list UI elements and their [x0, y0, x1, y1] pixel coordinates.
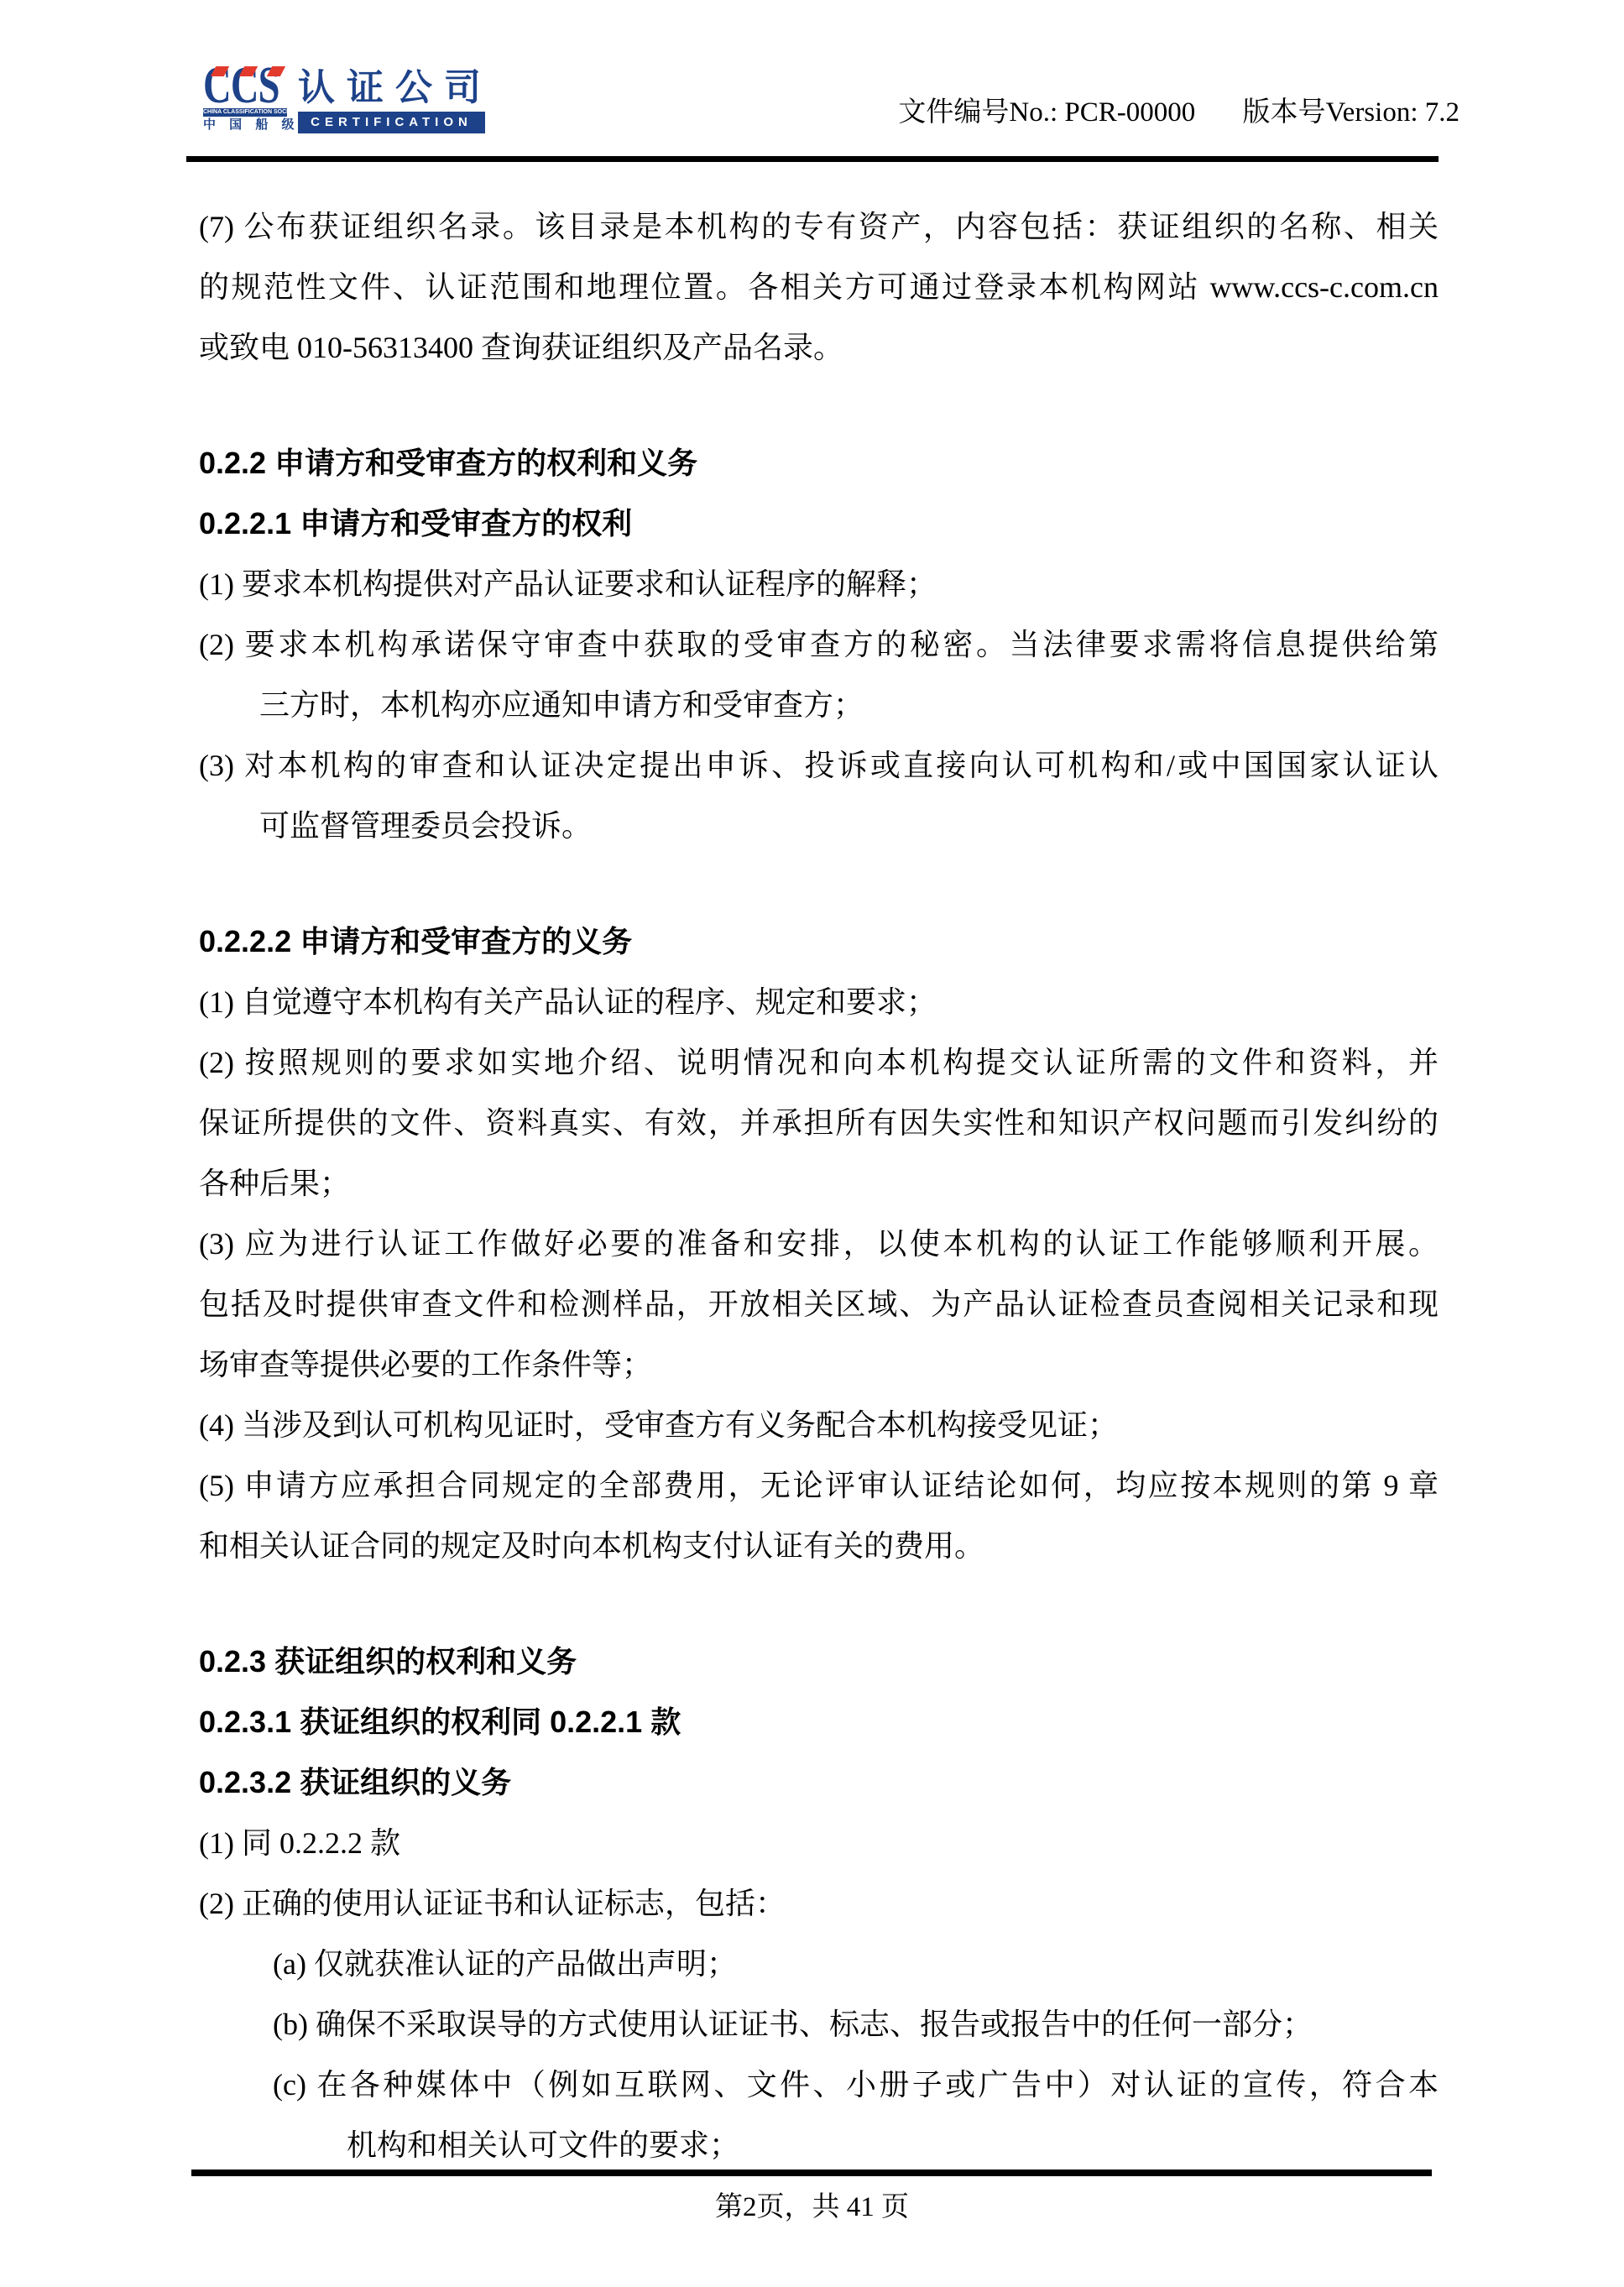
- heading-line: 0.2.2.2 申请方和受审查方的义务: [199, 911, 1439, 972]
- body-line: (3) 应为进行认证工作做好必要的准备和安排，以使本机构的认证工作能够顺利开展。: [199, 1214, 1439, 1274]
- body-line: (2) 按照规则的要求如实地介绍、说明情况和向本机构提交认证所需的文件和资料，并: [199, 1032, 1439, 1093]
- body-line: 各种后果；: [199, 1153, 1439, 1214]
- heading-line: 0.2.3.2 获证组织的义务: [199, 1752, 1439, 1813]
- body-line: (1) 要求本机构提供对产品认证要求和认证程序的解释；: [199, 554, 1439, 614]
- doc-version: 版本号Version: 7.2: [1243, 97, 1460, 128]
- body-line: 包括及时提供审查文件和检测样品，开放相关区域、为产品认证检查员查阅相关记录和现: [199, 1274, 1439, 1334]
- body-line: 机构和相关认可文件的要求；: [199, 2115, 1439, 2175]
- logo-ccs-wrap: CCS CHINA CLASSIFICATION SOCIETY 中 国 船 级…: [203, 65, 290, 107]
- body-line: (5) 申请方应承担合同规定的全部费用，无论评审认证结论如何，均应按本规则的第 …: [199, 1455, 1439, 1516]
- heading-line: 0.2.3.1 获证组织的权利同 0.2.2.1 款: [199, 1692, 1439, 1752]
- body-line: (2) 正确的使用认证证书和认证标志，包括：: [199, 1873, 1439, 1934]
- document-page: CCS CHINA CLASSIFICATION SOCIETY 中 国 船 级…: [0, 0, 1624, 2287]
- body-line: (1) 同 0.2.2.2 款: [199, 1813, 1439, 1873]
- body-line: (4) 当涉及到认可机构见证时，受审查方有义务配合本机构接受见证；: [199, 1395, 1439, 1455]
- body-line: 三方时，本机构亦应通知申请方和受审查方；: [199, 675, 1439, 735]
- body-line: 或致电 010-56313400 查询获证组织及产品名录。: [199, 317, 1439, 378]
- header-doc-info: 文件编号No.: PCR-00000 版本号Version: 7.2: [898, 96, 1460, 129]
- logo-certification-bar: CERTIFICATION: [298, 112, 485, 133]
- body-line: (7) 公布获证组织名录。该目录是本机构的专有资产，内容包括：获证组织的名称、相…: [199, 196, 1439, 257]
- logo-company-name: 认证公司: [298, 70, 493, 107]
- body-line: (1) 自觉遵守本机构有关产品认证的程序、规定和要求；: [199, 972, 1439, 1032]
- footer-rule: [191, 2170, 1432, 2176]
- heading-line: 0.2.3 获证组织的权利和义务: [199, 1632, 1439, 1692]
- document-body: (7) 公布获证组织名录。该目录是本机构的专有资产，内容包括：获证组织的名称、相…: [199, 196, 1439, 2175]
- page-number: 第2页，共 41 页: [0, 2189, 1624, 2226]
- body-line: 保证所提供的文件、资料真实、有效，并承担所有因失实性和知识产权问题而引发纠纷的: [199, 1093, 1439, 1153]
- body-line: (c) 在各种媒体中（例如互联网、文件、小册子或广告中）对认证的宣传，符合本: [199, 2055, 1439, 2115]
- logo-right-block: 认证公司 CERTIFICATION: [298, 70, 493, 133]
- ccs-logo: CCS CHINA CLASSIFICATION SOCIETY 中 国 船 级…: [203, 65, 493, 133]
- body-line: (a) 仅就获准认证的产品做出声明；: [199, 1934, 1439, 1994]
- heading-line: 0.2.2.1 申请方和受审查方的权利: [199, 493, 1439, 554]
- body-line: 可监督管理委员会投诉。: [199, 796, 1439, 856]
- logo-society-bar: CHINA CLASSIFICATION SOCIETY: [203, 108, 287, 117]
- body-line: (b) 确保不采取误导的方式使用认证证书、标志、报告或报告中的任何一部分；: [199, 1994, 1439, 2055]
- body-line: (2) 要求本机构承诺保守审查中获取的受审查方的秘密。当法律要求需将信息提供给第: [199, 614, 1439, 675]
- body-line: (3) 对本机构的审查和认证决定提出申诉、投诉或直接向认可机构和/或中国国家认证…: [199, 735, 1439, 796]
- heading-line: 0.2.2 申请方和受审查方的权利和义务: [199, 433, 1439, 493]
- body-line: 和相关认证合同的规定及时向本机构支付认证有关的费用。: [199, 1516, 1439, 1576]
- header-rule: [186, 156, 1439, 162]
- body-line: 的规范性文件、认证范围和地理位置。各相关方可通过登录本机构网站 www.ccs-…: [199, 257, 1439, 317]
- body-line: 场审查等提供必要的工作条件等；: [199, 1334, 1439, 1395]
- doc-number: 文件编号No.: PCR-00000: [898, 97, 1195, 128]
